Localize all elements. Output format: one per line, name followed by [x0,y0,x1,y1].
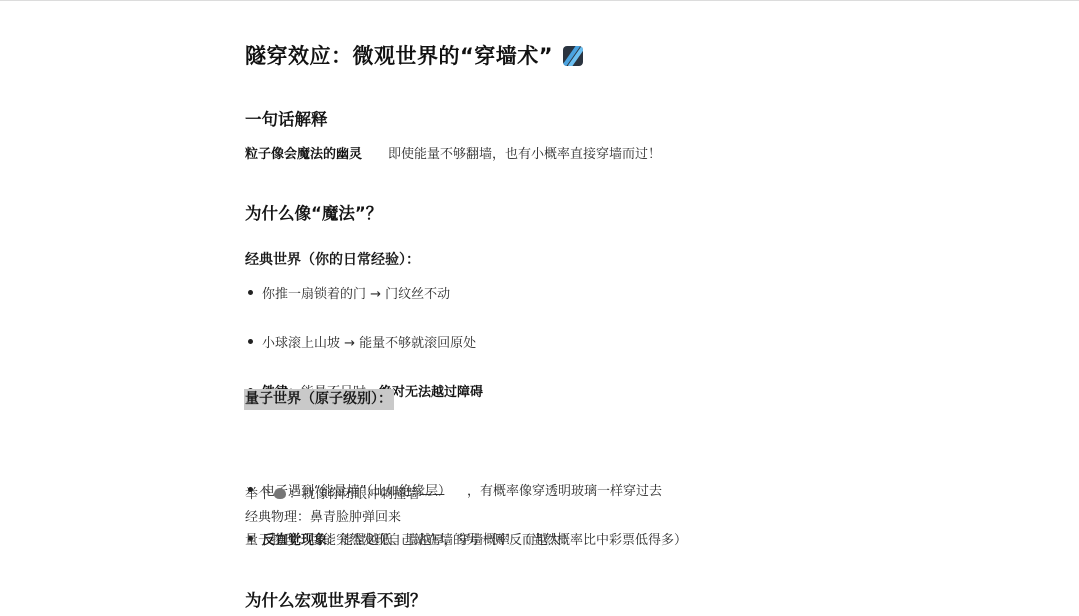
page-title-text: 隧穿效应：微观世界的“穿墙术” [245,44,553,68]
quantum-subheading: 量子世界（原子级别）： [245,388,394,408]
section-heading-why-invisible: 为什么宏观世界看不到？ [245,587,427,611]
document-body: 隧穿效应：微观世界的“穿墙术” 一句话解释 粒子像会魔法的幽灵即使能量不够翻墙，… [245,0,805,95]
example-prefix: 举个 [245,487,271,502]
list-item: 小球滚上山坡 → 能量不够就滚回原处 [245,332,805,351]
bullet-icon [248,339,253,344]
list-item-text-tail: ，有概率像穿透明玻璃一样穿过去 [467,484,662,499]
summary-lead-bold: 粒子像会魔法的幽灵 [245,147,362,162]
list-item-text: 你推一扇锁着的门 → 门纹丝不动 [262,287,450,302]
example-line-1: 举个：就像你闭眼冲刺撞墙—— [245,483,445,502]
section-heading-summary: 一句话解释 [245,106,328,130]
list-item-bold-tail: 绝对无法越过障碍 [379,385,483,400]
section-heading-why-magic: 为什么像“魔法”？ [245,200,382,224]
example-text: ：就像你闭眼冲刺撞墙—— [289,487,445,502]
bullet-icon [248,290,253,295]
example-line-3: 量子物理：可能突然发现自己站在墙的另一侧！（当然概率比中彩票低得多） [245,529,687,548]
summary-lead-text: 即使能量不够翻墙，也有小概率直接穿墙而过！ [388,147,661,162]
summary-paragraph: 粒子像会魔法的幽灵即使能量不够翻墙，也有小概率直接穿墙而过！ [245,143,661,162]
list-item: 你推一扇锁着的门 → 门纹丝不动 [245,283,805,302]
chestnut-icon [274,488,286,499]
example-line-2: 经典物理：鼻青脸肿弹回来 [245,506,401,525]
page-title: 隧穿效应：微观世界的“穿墙术” [245,40,583,70]
comet-icon [563,46,583,66]
list-item-text: 小球滚上山坡 → 能量不够就滚回原处 [262,336,476,351]
highlighted-text: 量子世界（原子级别）： [244,389,394,410]
classical-subheading: 经典世界（你的日常经验）： [245,249,420,269]
